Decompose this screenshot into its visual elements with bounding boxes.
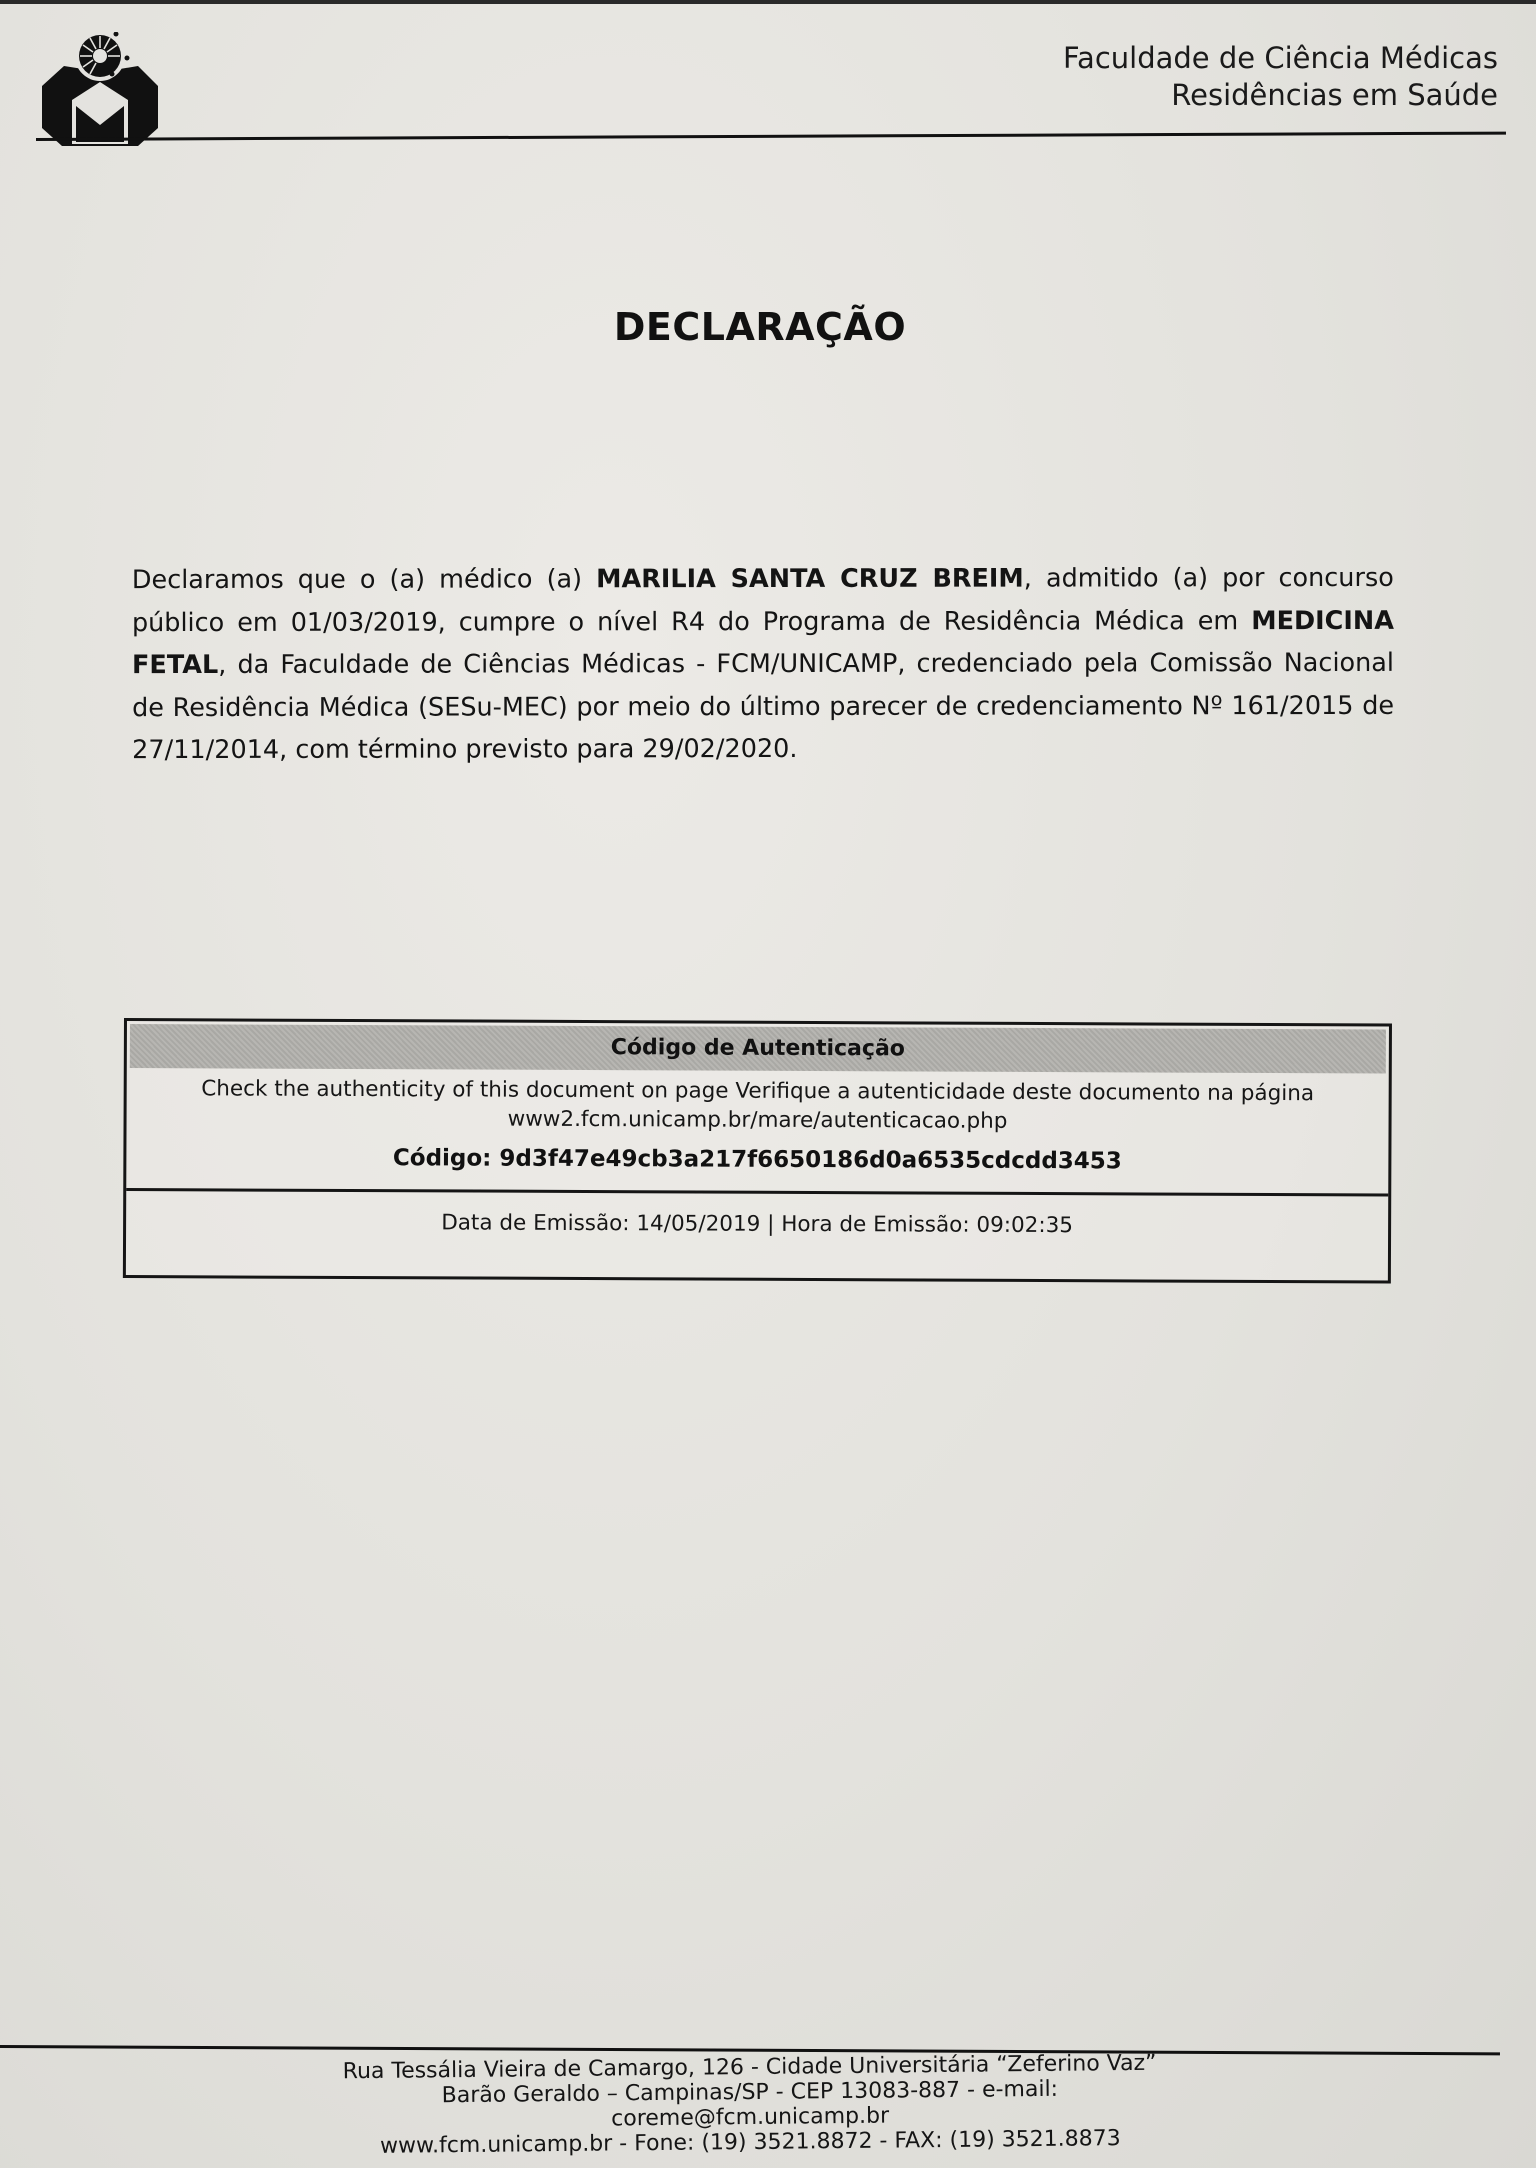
authentication-code: Código: 9d3f47e49cb3a217f6650186d0a6535c… bbox=[126, 1144, 1388, 1176]
authentication-heading: Código de Autenticação bbox=[130, 1024, 1386, 1073]
issue-date-time: Data de Emissão: 14/05/2019 | Hora de Em… bbox=[126, 1209, 1388, 1240]
footer-address: Rua Tessália Vieira de Camargo, 126 - Ci… bbox=[300, 2050, 1201, 2159]
document-title: DECLARAÇÃO bbox=[0, 305, 1520, 349]
body-end: , da Faculdade de Ciências Médicas - FCM… bbox=[132, 648, 1394, 765]
header-department: Residências em Saúde bbox=[1063, 77, 1498, 114]
authentication-instructions: Check the authenticity of this document … bbox=[127, 1074, 1389, 1109]
authentication-divider bbox=[126, 1188, 1388, 1197]
top-edge-shadow bbox=[0, 0, 1536, 4]
authentication-box: Código de Autenticação Check the authent… bbox=[123, 1018, 1392, 1284]
authentication-url: www2.fcm.unicamp.br/mare/autenticacao.ph… bbox=[127, 1103, 1389, 1138]
institution-header: Faculdade de Ciência Médicas Residências… bbox=[1063, 40, 1498, 114]
document-page: Faculdade de Ciência Médicas Residências… bbox=[0, 0, 1536, 2168]
physician-name: MARILIA SANTA CRUZ BREIM bbox=[596, 564, 1024, 595]
header-divider bbox=[36, 132, 1506, 141]
unicamp-logo-icon bbox=[40, 32, 160, 148]
footer-divider bbox=[0, 2045, 1500, 2055]
body-intro: Declaramos que o (a) médico (a) bbox=[132, 564, 596, 595]
header-faculty: Faculdade de Ciência Médicas bbox=[1063, 40, 1498, 77]
declaration-body: Declaramos que o (a) médico (a) MARILIA … bbox=[132, 557, 1394, 772]
